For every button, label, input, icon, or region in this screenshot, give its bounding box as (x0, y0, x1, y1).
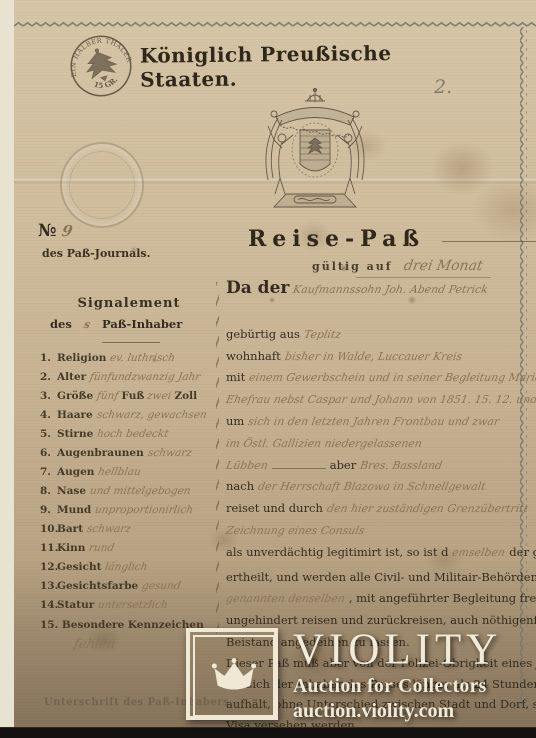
signalement-item: 6.Augenbraunenschwarz (40, 447, 218, 466)
body-line: genannten denselben, mit angeführter Beg… (226, 588, 536, 610)
printed-text: aber (330, 458, 357, 472)
signalement-item: 4.Haareschwarz, gewachsen (40, 409, 218, 428)
journal-number: № 9 (38, 221, 73, 241)
handwritten-text: Teplitz (302, 325, 343, 346)
handwritten-text: unproportionirlich (94, 504, 194, 516)
item-number: 13. (40, 580, 57, 592)
item-value: und mittelgebogen (90, 485, 194, 497)
handwritten-text: einem Gewerbschein und in seiner Begleit… (247, 368, 536, 389)
signalement-item: 7.Augenhellblau (40, 466, 218, 485)
item-number: 8. (40, 485, 57, 497)
item-number: 6. (40, 447, 57, 459)
validity-printed: gültig auf (312, 260, 393, 273)
printed-text: , mit angeführter Begleitung frei und (349, 591, 536, 605)
handwritten-text: sich in den letzten Jahren Frontbau und … (246, 412, 501, 433)
item-number: 11. (40, 542, 57, 554)
printed-text: gebürtig aus (226, 327, 300, 341)
body-line: LübbenaberBres. Bassland (226, 455, 536, 477)
printed-text: Fuß (121, 390, 144, 402)
printed-text: Da der (226, 278, 289, 298)
body-line: umsich in den letzten Jahren Frontbau un… (226, 411, 536, 433)
item-number: 12. (40, 561, 57, 573)
handwritten-text: fünfundzwanzig Jahr (89, 371, 201, 383)
item-label: Gesichtsfarbe (57, 580, 138, 592)
signalement-item: 13.Gesichtsfarbegesund (40, 580, 218, 599)
handwritten-text: hoch bedeckt (96, 428, 170, 440)
signalement-item: 2.Alterfünfundzwanzig Jahr (40, 371, 218, 390)
signalement-item: 11.Kinnrund (40, 542, 218, 561)
item-label: Größe (57, 390, 93, 402)
handwritten-text: Ehefrau nebst Caspar und Johann von 1851… (224, 390, 536, 411)
validity-hand: drei Monat (403, 258, 484, 274)
signalement-subheading: des s Paß-Inhaber (50, 317, 208, 331)
handwritten-text: hellblau (97, 466, 142, 478)
subheading-hand: s (83, 318, 91, 331)
printed-text: Zoll (174, 390, 197, 402)
item-number: 2. (40, 371, 57, 383)
signalement-item: 5.Stirnehoch bedeckt (40, 428, 218, 447)
signalement-rule (102, 342, 160, 343)
journal-number-hand: 9 (61, 222, 75, 240)
signalement-list: 1.Religionev. luthrisch 2.Alterfünfundzw… (40, 352, 218, 618)
item-label: Bart (57, 523, 83, 535)
auction-photo: EIN HALBER THALER 15 GR. (0, 0, 536, 738)
crown-icon (193, 635, 275, 717)
printed-text: reiset und durch (226, 501, 323, 515)
journal-label: des Paß-Journals. (42, 247, 150, 260)
item-value: hoch bedeckt (97, 428, 171, 440)
item-value: ev. luthrisch (110, 352, 178, 364)
item-number: 10. (40, 523, 57, 535)
printed-text: um (226, 414, 244, 428)
handwritten-text: fünf (96, 390, 119, 402)
body-line: nachder Herrschaft Blazowa in Schnellgew… (226, 476, 536, 498)
body-line: reiset und durchden hier zuständigen Gre… (226, 498, 536, 520)
item-value: länglich (105, 561, 150, 573)
signalement-heading: Signalement (54, 296, 204, 311)
handwritten-text: den hier zuständigen Grenzübertritt (325, 499, 530, 520)
handwritten-text: schwarz (86, 523, 132, 535)
signalement-item: 3.GrößefünfFußzweiZoll (40, 390, 218, 409)
item-label: Mund (57, 504, 91, 516)
body-line: im Östl. Gallizien niedergelassenen (226, 433, 536, 455)
signalement-item: 9.Mundunproportionirlich (40, 504, 218, 523)
printed-text: nach (226, 479, 254, 493)
subheading-main: Paß-Inhaber (102, 317, 182, 331)
watermark-text: VIOLITY Auction for Collectors auction.v… (293, 628, 502, 723)
revenue-stamp: EIN HALBER THALER 15 GR. (61, 26, 142, 107)
central-shield (292, 123, 338, 177)
item-label: Statur (57, 599, 94, 611)
violity-watermark: VIOLITY Auction for Collectors auction.v… (186, 628, 502, 723)
handwritten-text: ev. luthrisch (109, 352, 176, 364)
document-title: Königlich Preußische Staaten. (140, 40, 460, 91)
handwritten-text: schwarz (147, 447, 193, 459)
handwritten-text: Kaufmannssohn Joh. Abend Petrick (292, 280, 490, 301)
watermark-frame (186, 628, 278, 720)
handwritten-text: emselben (451, 543, 507, 564)
handwritten-text: genannten denselben (224, 589, 346, 610)
subheading-prefix: des (50, 317, 72, 331)
item-number: 5. (40, 428, 57, 440)
item-number: 9. (40, 504, 57, 516)
handwritten-text: und mittelgebogen (89, 485, 192, 497)
signalement-item: 14.Staturuntersetzlich (40, 599, 218, 618)
photo-bottom-edge (0, 727, 536, 738)
item-value: untersetzlich (98, 599, 171, 611)
handwritten-text: gesund (141, 580, 182, 592)
item-label: Nase (57, 485, 86, 497)
brand-url: auction.violity.com (293, 700, 502, 723)
item-label: Augenbraunen (57, 447, 144, 459)
signalement-item: 10.Bartschwarz (40, 523, 218, 542)
body-line: ertheilt, und werden alle Civil- und Mil… (226, 567, 536, 589)
item-number: 4. (40, 409, 57, 421)
body-line: gebürtig ausTeplitz (226, 324, 536, 346)
item-label: Kinn (57, 542, 85, 554)
item-value: schwarz, gewachsen (97, 409, 210, 421)
handwritten-text: Zeichnung eines Consuls (224, 521, 366, 542)
validity-line: gültig auf drei Monat (312, 258, 483, 274)
item-value: unproportionirlich (95, 504, 196, 516)
pencil-page-number: 2. (434, 76, 452, 98)
item-label: Stirne (57, 428, 93, 440)
signalement-item: 12.Gesichtlänglich (40, 561, 218, 580)
signalement-item: 1.Religionev. luthrisch (40, 352, 218, 371)
special-marks-label: 15. Besondere Kennzeichen (40, 619, 204, 631)
item-value: fünfundzwanzig Jahr (90, 371, 203, 383)
handwritten-text: rund (88, 542, 115, 554)
handwritten-text: der Herrschaft Blazowa in Schnellgewalt (256, 477, 487, 498)
pass-title: Reise-Paß (248, 226, 425, 252)
item-label: Religion (57, 352, 106, 364)
inline-rule (272, 462, 326, 469)
handwritten-text: länglich (104, 561, 149, 573)
handwritten-text: zwei (146, 390, 172, 402)
printed-text: mit (226, 370, 245, 384)
item-number: 14. (40, 599, 57, 611)
handwritten-text: im Östl. Gallizien niedergelassenen (224, 434, 423, 455)
body-line: Zeichnung eines Consuls (226, 520, 536, 542)
item-value: schwarz (87, 523, 134, 535)
body-line: Ehefrau nebst Caspar und Johann von 1851… (226, 389, 536, 411)
item-number: 1. (40, 352, 57, 364)
handwritten-text: Bres. Bassland (358, 456, 444, 477)
body-line: wohnhaftbisher in Walde, Luccauer Kreis (226, 346, 536, 368)
handwritten-text: bisher in Walde, Luccauer Kreis (283, 347, 464, 368)
item-value: fünfFußzweiZoll (97, 390, 200, 402)
item-label: Haare (57, 409, 93, 421)
item-label: Augen (57, 466, 94, 478)
item-label: Gesicht (57, 561, 101, 573)
body-line: miteinem Gewerbschein und in seiner Begl… (226, 367, 536, 389)
item-number: 3. (40, 390, 57, 402)
signalement-item: 8.Naseund mittelgebogen (40, 485, 218, 504)
passport-document: EIN HALBER THALER 15 GR. (14, 0, 536, 728)
item-value: rund (89, 542, 117, 554)
printed-text: ertheilt, und werden alle Civil- und Mil… (226, 570, 536, 584)
handwritten-text: untersetzlich (97, 599, 169, 611)
numero-sign: № (38, 221, 56, 241)
handwritten-text: Lübben (224, 456, 269, 477)
pedestal-base (274, 194, 356, 207)
body-line: als unverdächtig legitimirt ist, so ist … (226, 542, 536, 564)
item-value: hellblau (98, 466, 144, 478)
royal-crown-icon (305, 88, 325, 102)
item-value: schwarz (148, 447, 195, 459)
printed-text: als unverdächtig legitimirt ist, so ist … (226, 545, 448, 559)
printed-text: wohnhaft (226, 349, 281, 363)
item-value: gesund (142, 580, 184, 592)
coat-of-arms (238, 86, 394, 218)
brand-name: VIOLITY (293, 627, 502, 672)
pass-title-rule (442, 241, 536, 242)
special-marks: 15. Besondere Kennzeichen fehlen (40, 619, 204, 652)
handwritten-text: schwarz, gewachsen (96, 409, 208, 421)
embossed-seal (60, 142, 144, 228)
item-number: 7. (40, 466, 57, 478)
brand-tagline: Auction for Collectors (293, 676, 502, 698)
item-label: Alter (57, 371, 86, 383)
printed-text: der gegenwärtige Paß (509, 545, 536, 559)
body-line: Da derKaufmannssohn Joh. Abend Petrick (226, 278, 536, 301)
